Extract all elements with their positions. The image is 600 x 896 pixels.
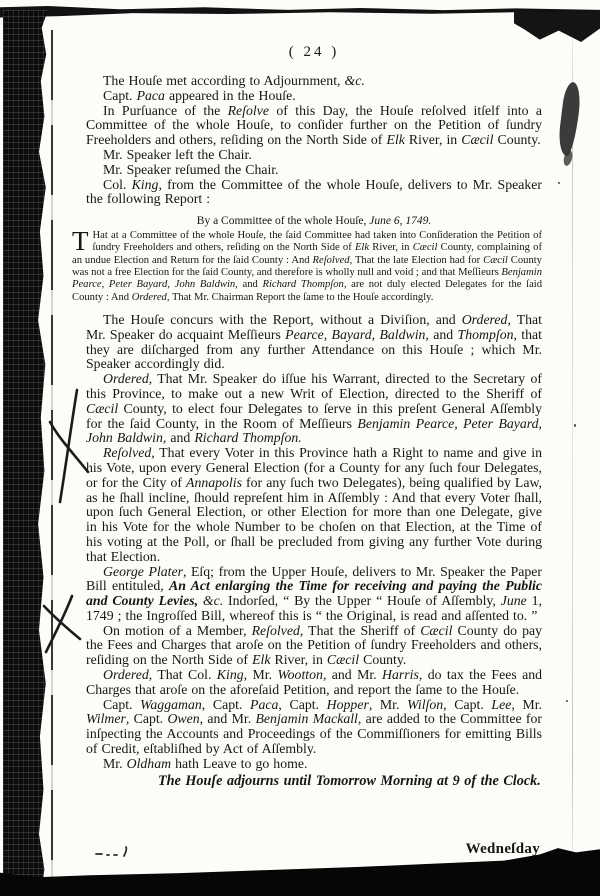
paragraph-speaker-resumed: Mr. Speaker reſumed the Chair. (86, 163, 542, 178)
scanned-book-page: ( 24 ) The Houſe met according to Adjour… (0, 0, 600, 896)
report-body: THat at a Committee of the whole Houſe, … (72, 230, 542, 304)
paragraph-pursuance: In Purſuance of the Reſolve of this Day,… (86, 104, 542, 148)
margin-x-mark-bill (42, 594, 82, 654)
paragraph-house-concurs: The Houſe concurs with the Report, witho… (86, 313, 542, 372)
paragraph-sheriff-fees: On motion of a Member, Reſolved, That th… (86, 624, 542, 668)
paragraph-resolved-voter: Reſolved, That every Voter in this Provi… (86, 446, 542, 564)
scan-speck (558, 182, 560, 184)
paragraph-ordered-warrant: Ordered, That Mr. Speaker do iſſue his W… (86, 372, 542, 446)
scan-speck (574, 424, 576, 427)
paragraph-capt-paca: Capt. Paca appeared in the Houſe. (86, 89, 542, 104)
pen-smudge-bottom-left (94, 845, 138, 861)
paragraph-committee-added: Capt. Waggaman, Capt. Paca, Capt. Hopper… (86, 698, 542, 757)
catchword: Wedneſday (466, 841, 540, 858)
margin-x-mark-warrant (44, 386, 90, 506)
drop-cap: T (72, 230, 93, 252)
paragraph-col-king-report: Col. King, from the Committee of the who… (86, 178, 542, 208)
scan-speck (566, 700, 568, 702)
top-right-corner-artifact (514, 12, 600, 42)
report-heading: By a Committee of the whole Houſe, June … (86, 215, 542, 227)
binding-shadow-band (3, 10, 48, 896)
right-edge-fold-line (572, 0, 573, 896)
top-right-smudge (557, 81, 583, 157)
top-edge-scan-artifact (0, 6, 600, 19)
paragraph-oldham-leave: Mr. Oldham hath Leave to go home. (86, 757, 542, 772)
paragraph-tax-fees: Ordered, That Col. King, Mr. Wootton, an… (86, 668, 542, 698)
adjournment-line: The Houſe adjourns until Tomorrow Mornin… (86, 773, 542, 789)
paragraph-house-met: The Houſe met according to Adjournment, … (86, 74, 542, 89)
paragraph-speaker-left: Mr. Speaker left the Chair. (86, 148, 542, 163)
text-column: ( 24 ) The Houſe met according to Adjour… (86, 44, 542, 789)
paragraph-george-plater-bill: George Plater, Eſq; from the Upper Houſe… (86, 565, 542, 624)
page-number: ( 24 ) (86, 44, 542, 61)
